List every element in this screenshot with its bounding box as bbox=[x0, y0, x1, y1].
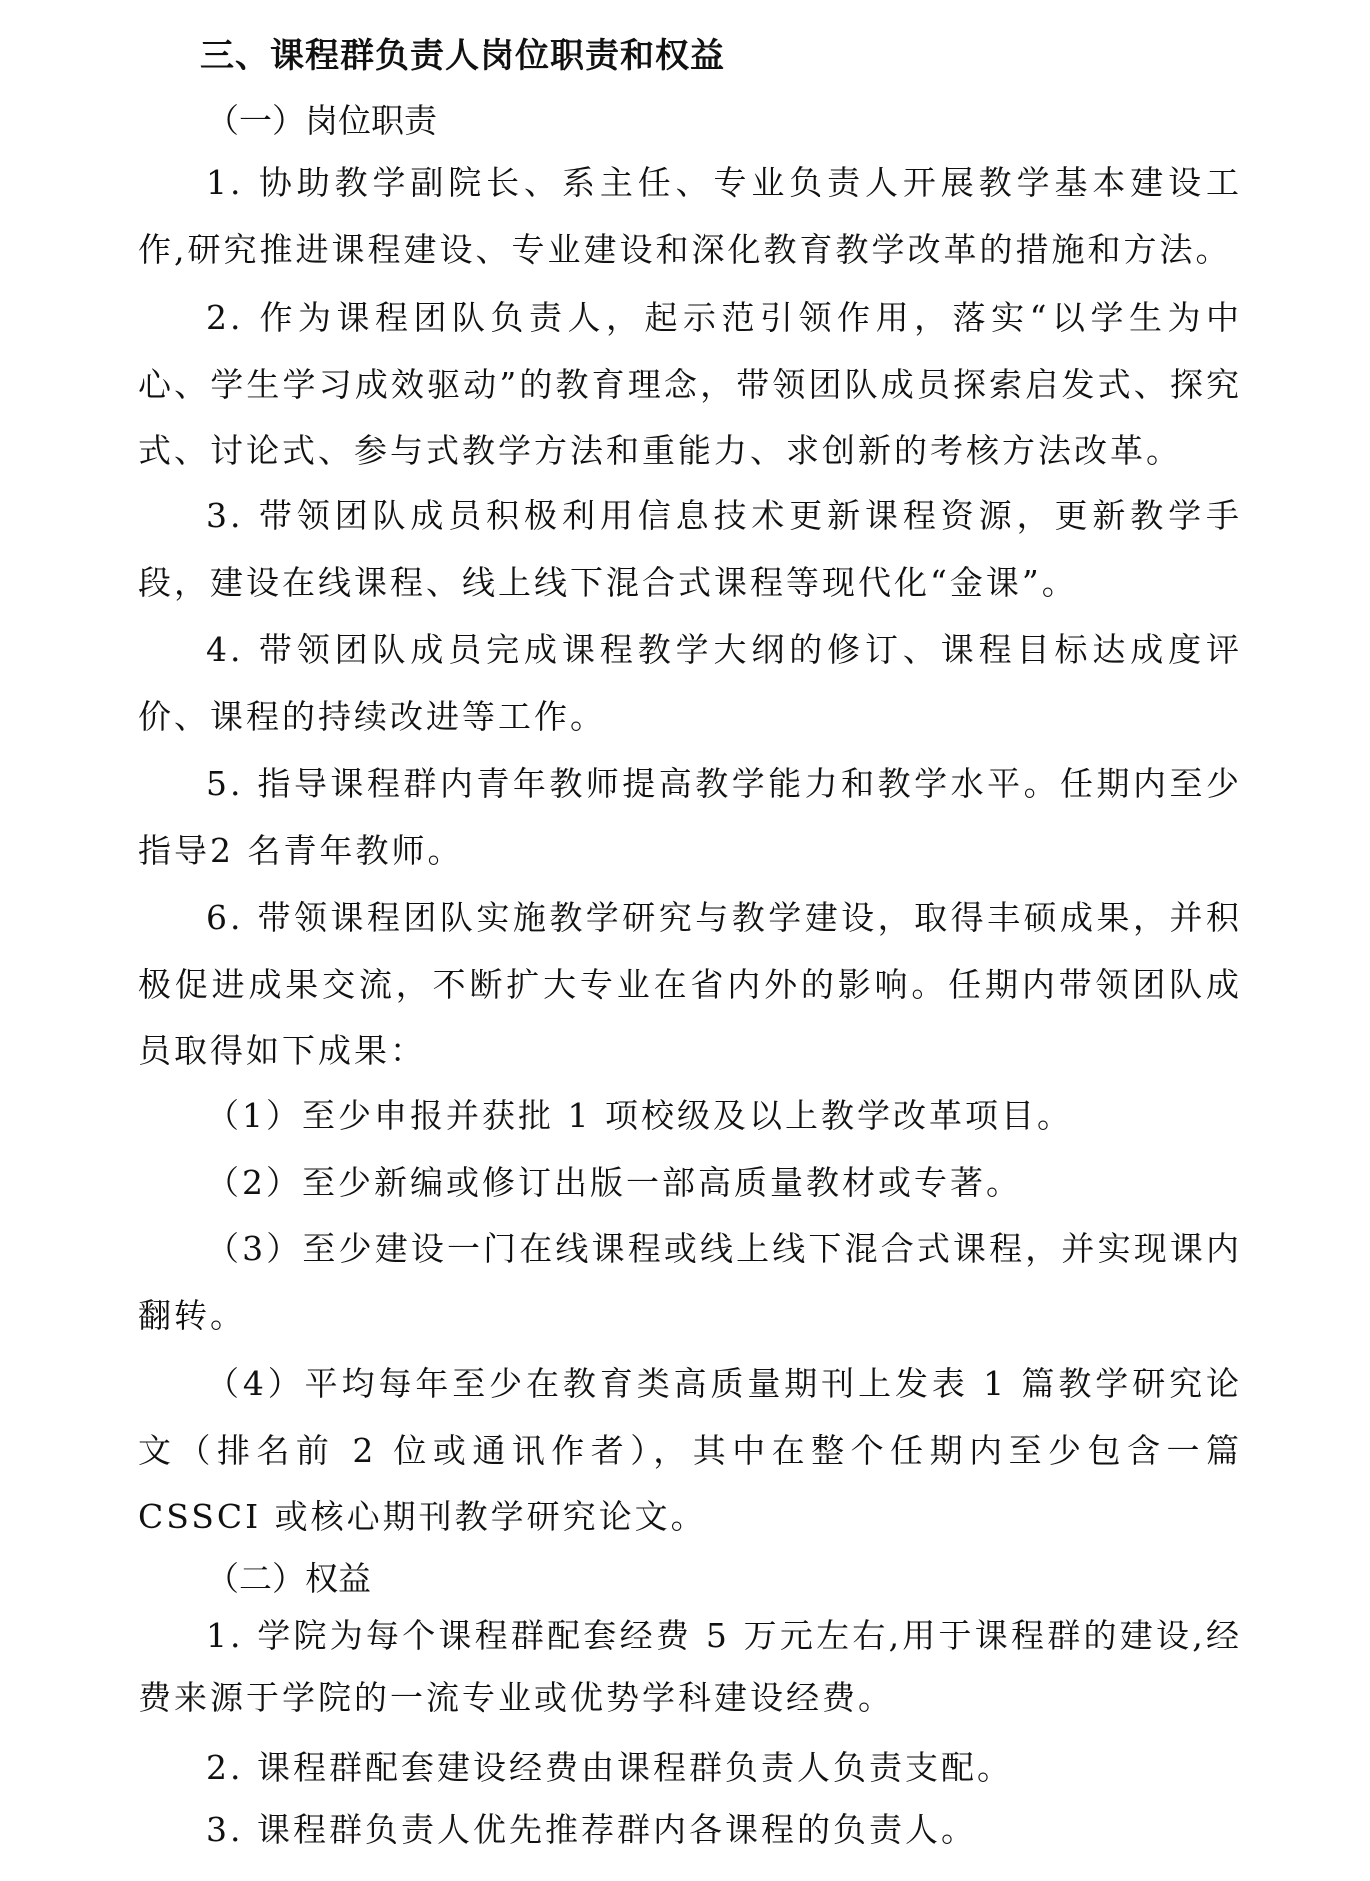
duty-item-1: 1. 协助教学副院长、系主任、专业负责人开展教学基本建设工作,研究推进课程建设、… bbox=[138, 150, 1242, 283]
section-title: 三、课程群负责人岗位职责和权益 bbox=[200, 28, 725, 77]
duty-item-6: 6. 带领课程团队实施教学研究与教学建设，取得丰硕成果，并积极促进成果交流，不断… bbox=[138, 885, 1242, 1085]
rights-heading: （二）权益 bbox=[206, 1553, 371, 1600]
achievement-item-3: （3）至少建设一门在线课程或线上线下混合式课程，并实现课内翻转。 bbox=[138, 1216, 1242, 1349]
achievement-item-4: （4）平均每年至少在教育类高质量期刊上发表 1 篇教学研究论文（排名前 2 位或… bbox=[138, 1351, 1242, 1551]
achievement-item-1: （1）至少申报并获批 1 项校级及以上教学改革项目。 bbox=[138, 1083, 1242, 1150]
duty-item-3: 3. 带领团队成员积极利用信息技术更新课程资源，更新教学手段，建设在线课程、线上… bbox=[138, 483, 1242, 616]
rights-item-3: 3. 课程群负责人优先推荐群内各课程的负责人。 bbox=[138, 1797, 1242, 1864]
duty-item-2: 2. 作为课程团队负责人，起示范引领作用，落实“以学生为中心、学生学习成效驱动”… bbox=[138, 285, 1242, 485]
duty-item-5: 5. 指导课程群内青年教师提高教学能力和教学水平。任期内至少指导2 名青年教师。 bbox=[138, 751, 1242, 884]
rights-item-1: 1. 学院为每个课程群配套经费 5 万元左右,用于课程群的建设,经费来源于学院的… bbox=[138, 1605, 1242, 1729]
rights-item-2: 2. 课程群配套建设经费由课程群负责人负责支配。 bbox=[138, 1735, 1242, 1802]
duties-heading: （一）岗位职责 bbox=[206, 95, 437, 142]
achievement-item-2: （2）至少新编或修订出版一部高质量教材或专著。 bbox=[138, 1150, 1242, 1217]
duty-item-4: 4. 带领团队成员完成课程教学大纲的修订、课程目标达成度评价、课程的持续改进等工… bbox=[138, 617, 1242, 750]
